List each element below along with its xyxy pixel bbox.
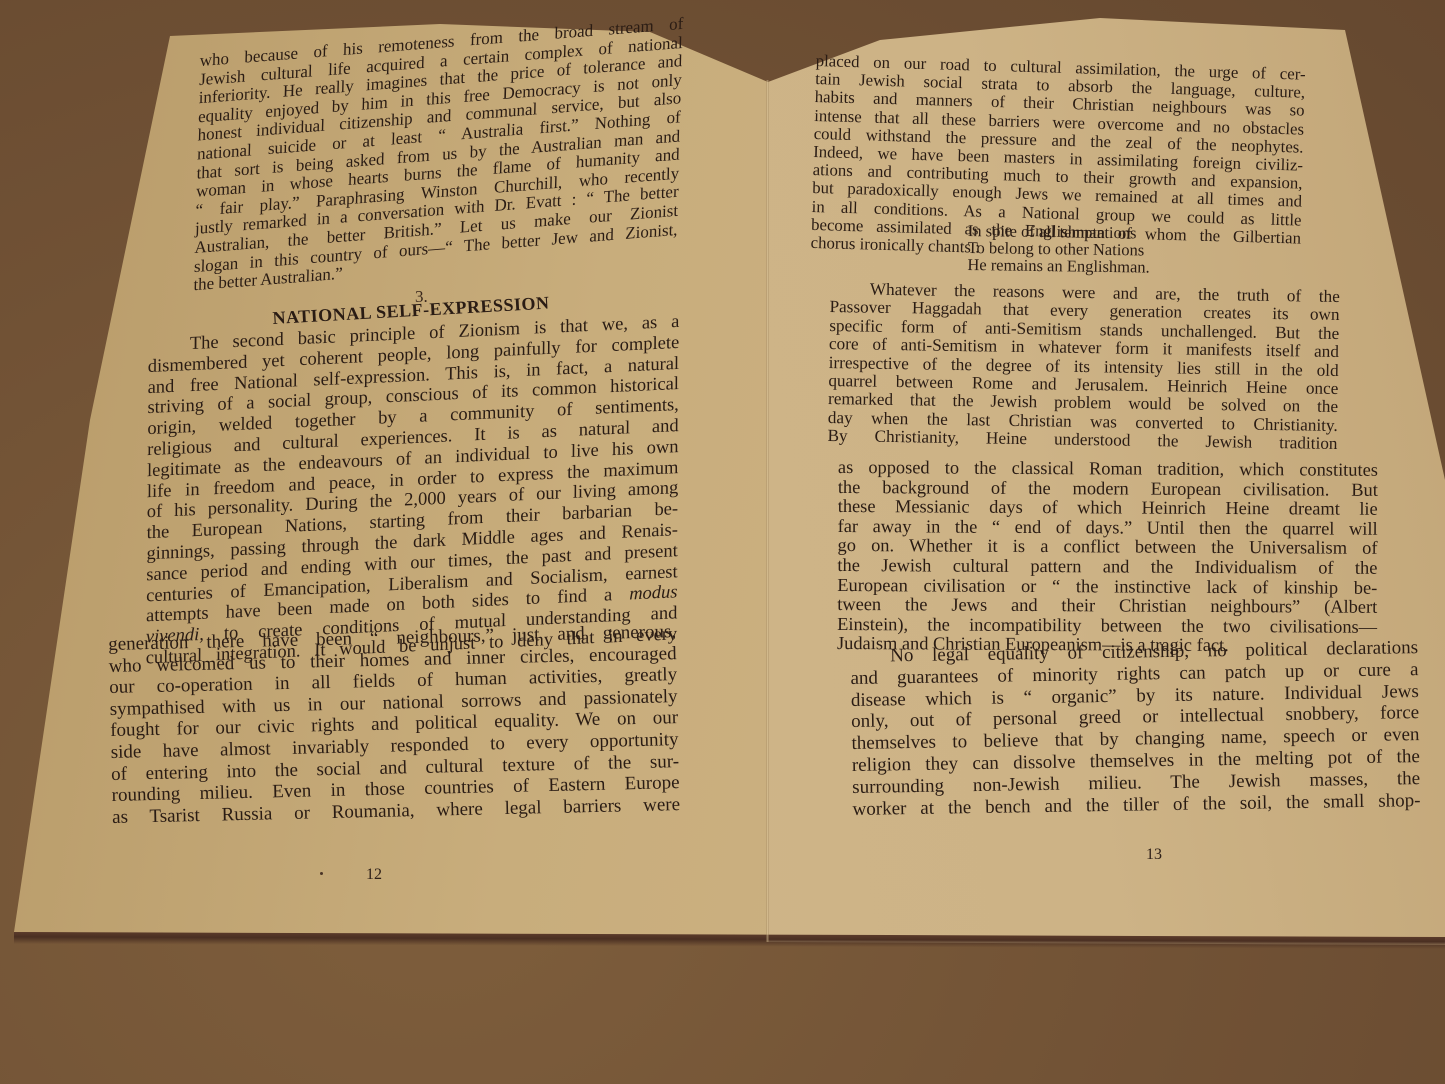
book-spine [766, 80, 769, 942]
right-bottom-paragraph: No legal equality of citizenship, no pol… [850, 637, 1421, 820]
left-bottom-paragraph: generation there have been “ neighbours,… [108, 621, 680, 828]
left-top-paragraph: who because of his remoteness from the b… [193, 15, 683, 295]
right-middle-paragraph: Whatever the reasons were and are, the t… [827, 280, 1340, 454]
paper-speck [320, 872, 323, 875]
left-main-paragraph: The second basic principle of Zionism is… [146, 312, 680, 669]
right-middle-paragraph-continued: as opposed to the classical Roman tradit… [837, 458, 1378, 657]
page-number-right: 13 [1146, 846, 1162, 864]
italic-phrase: modus [629, 583, 677, 605]
page-number-left: 12 [366, 866, 382, 884]
verse-quote: In spite of all temptations To belong to… [967, 222, 1150, 276]
photo-scene: who because of his remoteness from the b… [0, 0, 1445, 1084]
verse-line: He remains an Englishman. [967, 256, 1150, 276]
